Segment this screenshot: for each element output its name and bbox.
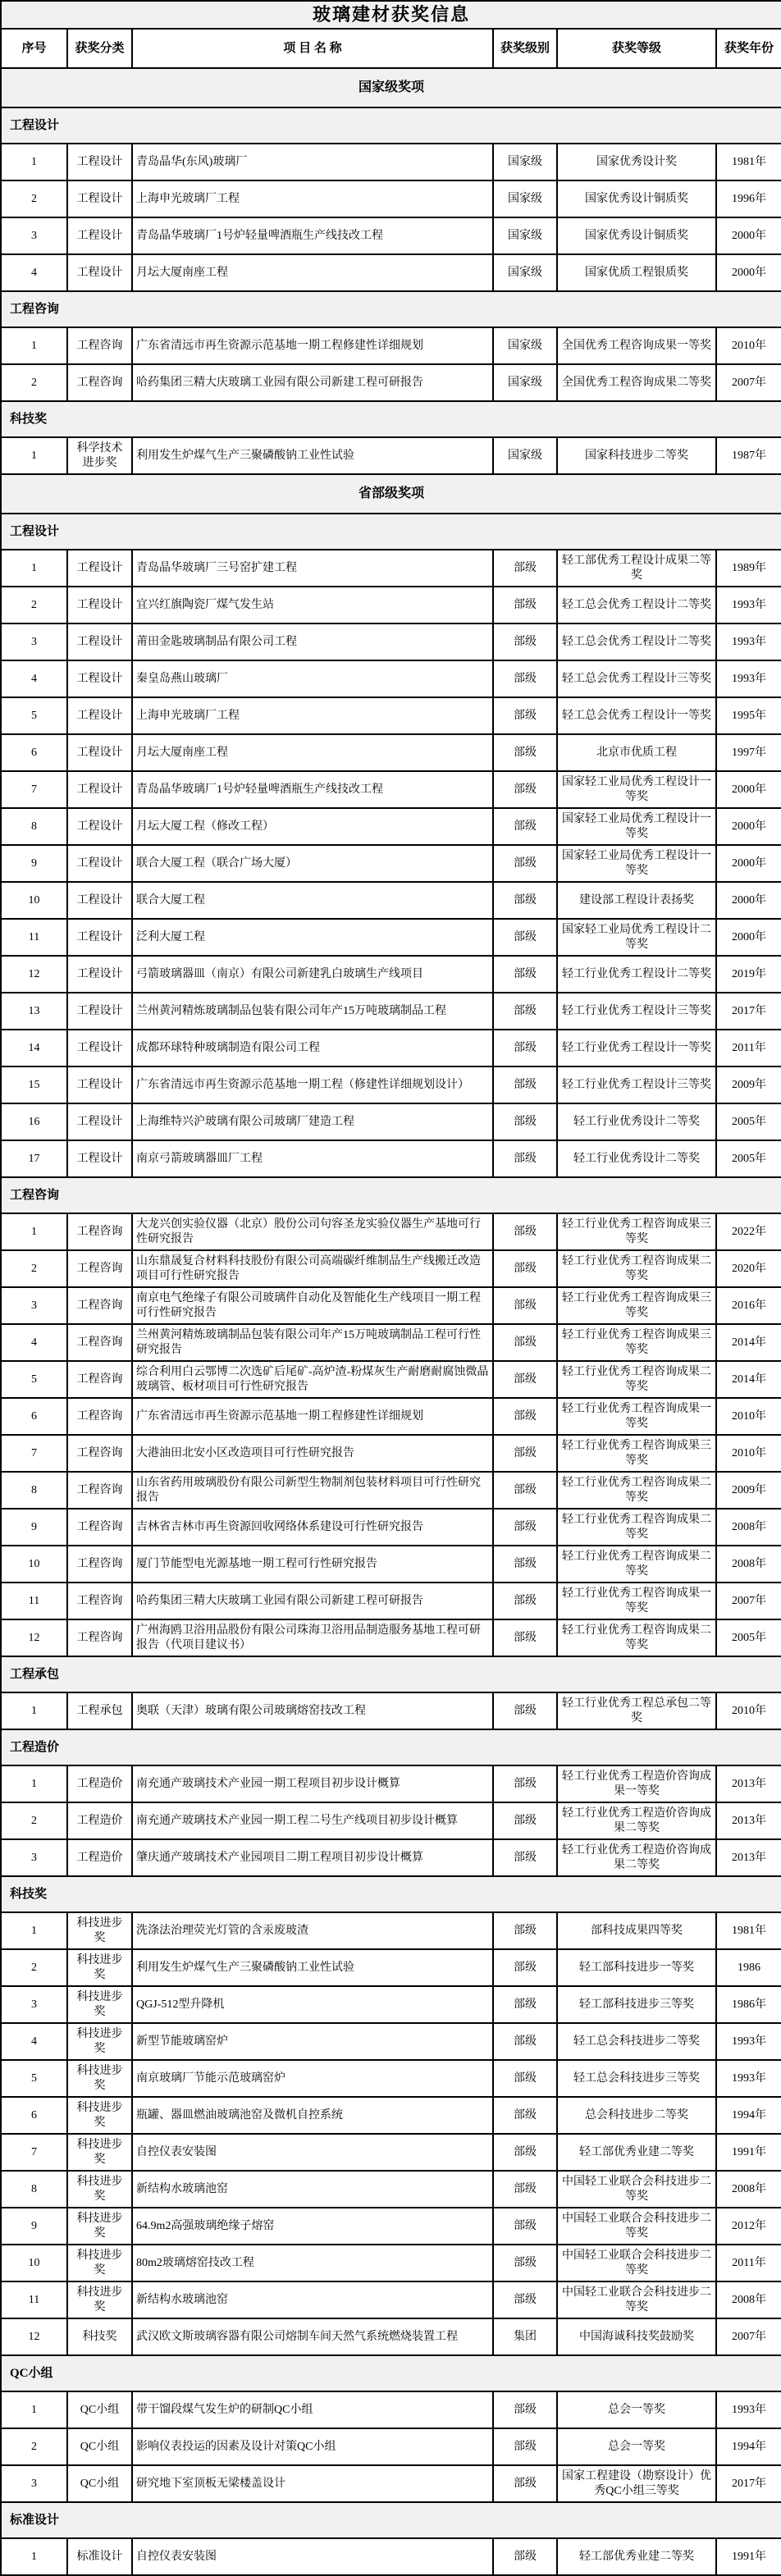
project-cell: 影响仪表投运的因素及设计对策QC小组 <box>132 2428 493 2465</box>
seq-cell: 12 <box>1 1619 67 1656</box>
project-cell: 肇庆通产玻璃技术产业园项目二期工程项目初步设计概算 <box>132 1839 493 1876</box>
project-cell: 武汉欧文斯玻璃容器有限公司熔制车间天然气系统燃烧装置工程 <box>132 2318 493 2355</box>
project-cell: 哈药集团三精大庆玻璃工业园有限公司新建工程可研报告 <box>132 364 493 401</box>
year-cell: 2014年 <box>716 1361 781 1398</box>
seq-cell: 1 <box>1 1912 67 1949</box>
grade-cell: 轻工行业优秀工程造价咨询成果一等奖 <box>557 1765 716 1802</box>
grade-cell: 轻工行业优秀设计二等奖 <box>557 1140 716 1177</box>
group-heading: 工程设计 <box>1 107 781 144</box>
table-row: 5科技进步奖南京玻璃厂节能示范玻璃窑炉部级轻工总会科技进步三等奖1993年 <box>1 2060 781 2097</box>
table-row: 3工程咨询南京电气绝缘子有限公司玻璃件自动化及智能化生产线项目一期工程可行性研究… <box>1 1287 781 1324</box>
year-cell: 1993年 <box>716 2023 781 2060</box>
grade-cell: 轻工行业优秀工程咨询成果二等奖 <box>557 1546 716 1583</box>
level-cell: 部级 <box>493 1066 557 1103</box>
project-cell: 青岛晶华玻璃厂1号炉轻量啤酒瓶生产线技改工程 <box>132 217 493 254</box>
table-row: 2工程造价南充通产玻璃技术产业园一期工程二号生产线项目初步设计概算部级轻工行业优… <box>1 1802 781 1839</box>
project-cell: 南京玻璃厂节能示范玻璃窑炉 <box>132 2060 493 2097</box>
project-cell: 上海申光玻璃厂工程 <box>132 697 493 734</box>
project-cell: 新型节能玻璃窑炉 <box>132 2023 493 2060</box>
level-cell: 部级 <box>493 1839 557 1876</box>
year-cell: 2010年 <box>716 1435 781 1472</box>
table-row: 11工程设计泛利大厦工程部级国家轻工业局优秀工程设计二等奖2000年 <box>1 919 781 956</box>
title-row: 玻璃建材获奖信息 <box>1 1 781 29</box>
seq-cell: 6 <box>1 734 67 771</box>
seq-cell: 5 <box>1 697 67 734</box>
category-cell: 科技进步奖 <box>67 1986 132 2023</box>
project-cell: 研究地下室顶板无梁楼盖设计 <box>132 2465 493 2502</box>
grade-cell: 国家科技进步二等奖 <box>557 437 716 474</box>
year-cell: 2020年 <box>716 1250 781 1287</box>
year-cell: 1994年 <box>716 2097 781 2134</box>
grade-cell: 国家轻工业局优秀工程设计二等奖 <box>557 919 716 956</box>
level-cell: 部级 <box>493 623 557 660</box>
year-cell: 1993年 <box>716 587 781 623</box>
category-cell: 科技奖 <box>67 2318 132 2355</box>
seq-cell: 2 <box>1 364 67 401</box>
year-cell: 2007年 <box>716 364 781 401</box>
table-row: 13工程设计兰州黄河精炼玻璃制品包装有限公司年产15万吨玻璃制品工程部级轻工行业… <box>1 993 781 1030</box>
project-cell: 广东省清远市再生资源示范基地一期工程修建性详细规划 <box>132 1398 493 1435</box>
project-cell: 泛利大厦工程 <box>132 919 493 956</box>
year-cell: 2013年 <box>716 1765 781 1802</box>
grade-cell: 轻工行业优秀工程咨询成果二等奖 <box>557 1509 716 1546</box>
seq-cell: 3 <box>1 2465 67 2502</box>
category-cell: 标准设计 <box>67 2538 132 2575</box>
table-row: 10科技进步奖80m2玻璃熔窑技改工程部级中国轻工业联合会科技进步二等奖2011… <box>1 2245 781 2281</box>
level-cell: 部级 <box>493 1583 557 1619</box>
table-row: 12工程咨询广州海鸥卫浴用品股份有限公司珠海卫浴用品制造服务基地工程可研报告（代… <box>1 1619 781 1656</box>
group-heading: QC小组 <box>1 2355 781 2391</box>
level-cell: 部级 <box>493 1509 557 1546</box>
column-header-year: 获奖年份 <box>716 29 781 68</box>
level-cell: 国家级 <box>493 144 557 180</box>
grade-cell: 中国轻工业联合会科技进步二等奖 <box>557 2171 716 2208</box>
year-cell: 2008年 <box>716 1546 781 1583</box>
table-row: 4工程设计秦皇岛燕山玻璃厂部级轻工总会优秀工程设计三等奖1993年 <box>1 660 781 697</box>
category-cell: QC小组 <box>67 2428 132 2465</box>
seq-cell: 4 <box>1 660 67 697</box>
column-header-grade: 获奖等级 <box>557 29 716 68</box>
category-cell: 工程造价 <box>67 1765 132 1802</box>
category-cell: 工程咨询 <box>67 1472 132 1509</box>
table-row: 3工程造价肇庆通产玻璃技术产业园项目二期工程项目初步设计概算部级轻工行业优秀工程… <box>1 1839 781 1876</box>
table-row: 3QC小组研究地下室顶板无梁楼盖设计部级国家工程建设（勘察设计）优秀QC小组三等… <box>1 2465 781 2502</box>
seq-cell: 2 <box>1 1802 67 1839</box>
seq-cell: 1 <box>1 437 67 474</box>
project-cell: 南充通产玻璃技术产业园一期工程项目初步设计概算 <box>132 1765 493 1802</box>
seq-cell: 6 <box>1 2097 67 2134</box>
project-cell: 洗涤法治理荧光灯管的含汞废玻渣 <box>132 1912 493 1949</box>
seq-cell: 15 <box>1 1066 67 1103</box>
grade-cell: 国家轻工业局优秀工程设计一等奖 <box>557 845 716 882</box>
category-cell: 工程设计 <box>67 845 132 882</box>
year-cell: 1993年 <box>716 660 781 697</box>
level-cell: 部级 <box>493 697 557 734</box>
level-cell: 部级 <box>493 2134 557 2171</box>
level-cell: 部级 <box>493 1361 557 1398</box>
level-cell: 国家级 <box>493 254 557 291</box>
project-cell: 上海维特兴沪玻璃有限公司玻璃厂建造工程 <box>132 1103 493 1140</box>
seq-cell: 16 <box>1 1103 67 1140</box>
group-heading: 工程咨询 <box>1 1177 781 1213</box>
year-cell: 2000年 <box>716 919 781 956</box>
year-cell: 2009年 <box>716 1472 781 1509</box>
table-row: 9工程设计联合大厦工程（联合广场大厦）部级国家轻工业局优秀工程设计一等奖2000… <box>1 845 781 882</box>
grade-cell: 轻工部优秀业建二等奖 <box>557 2134 716 2171</box>
category-cell: 工程咨询 <box>67 1287 132 1324</box>
year-cell: 1993年 <box>716 623 781 660</box>
grade-cell: 轻工行业优秀工程造价咨询成果二等奖 <box>557 1839 716 1876</box>
category-cell: 工程咨询 <box>67 1324 132 1361</box>
category-cell: 工程造价 <box>67 1802 132 1839</box>
level-cell: 部级 <box>493 1472 557 1509</box>
year-cell: 1993年 <box>716 2060 781 2097</box>
grade-cell: 国家优秀设计铜质奖 <box>557 180 716 217</box>
table-row: 10工程设计联合大厦工程部级建设部工程设计表扬奖2000年 <box>1 882 781 919</box>
group-heading: 工程造价 <box>1 1729 781 1765</box>
category-cell: 科技进步奖 <box>67 2023 132 2060</box>
project-cell: 广州海鸥卫浴用品股份有限公司珠海卫浴用品制造服务基地工程可研报告（代项目建议书） <box>132 1619 493 1656</box>
table-row: 4工程咨询兰州黄河精炼玻璃制品包装有限公司年产15万吨玻璃制品工程可行性研究报告… <box>1 1324 781 1361</box>
table-row: 1工程咨询大龙兴创实验仪器（北京）股份公司句容圣龙实验仪器生产基地可行性研究报告… <box>1 1213 781 1250</box>
seq-cell: 4 <box>1 254 67 291</box>
year-cell: 2013年 <box>716 1839 781 1876</box>
project-cell: 利用发生炉煤气生产三聚磷酸钠工业性试验 <box>132 437 493 474</box>
seq-cell: 3 <box>1 1287 67 1324</box>
seq-cell: 3 <box>1 623 67 660</box>
section-heading-row: 国家级奖项 <box>1 68 781 107</box>
level-cell: 部级 <box>493 1949 557 1986</box>
table-row: 1标准设计自控仪表安装图部级轻工部优秀业建二等奖1991年 <box>1 2538 781 2575</box>
category-cell: 工程设计 <box>67 660 132 697</box>
group-heading-row: 工程咨询 <box>1 1177 781 1213</box>
column-header-row: 序号 获奖分类 项 目 名 称 获奖级别 获奖等级 获奖年份 <box>1 29 781 68</box>
table-row: 2工程咨询哈药集团三精大庆玻璃工业园有限公司新建工程可研报告国家级全国优秀工程咨… <box>1 364 781 401</box>
project-cell: 弓箭玻璃器皿（南京）有限公司新建乳白玻璃生产线项目 <box>132 956 493 993</box>
project-cell: 联合大厦工程 <box>132 882 493 919</box>
grade-cell: 全国优秀工程咨询成果二等奖 <box>557 364 716 401</box>
grade-cell: 轻工总会科技进步三等奖 <box>557 2060 716 2097</box>
seq-cell: 7 <box>1 771 67 808</box>
group-heading: 标准设计 <box>1 2502 781 2538</box>
seq-cell: 2 <box>1 2428 67 2465</box>
category-cell: 工程设计 <box>67 882 132 919</box>
year-cell: 1989年 <box>716 550 781 587</box>
project-cell: 南京电气绝缘子有限公司玻璃件自动化及智能化生产线项目一期工程可行性研究报告 <box>132 1287 493 1324</box>
category-cell: 工程咨询 <box>67 1546 132 1583</box>
seq-cell: 5 <box>1 1361 67 1398</box>
table-row: 4工程设计月坛大厦南座工程国家级国家优质工程银质奖2000年 <box>1 254 781 291</box>
project-cell: 南充通产玻璃技术产业园一期工程二号生产线项目初步设计概算 <box>132 1802 493 1839</box>
grade-cell: 轻工行业优秀工程设计三等奖 <box>557 993 716 1030</box>
category-cell: 工程设计 <box>67 550 132 587</box>
table-row: 2工程设计上海申光玻璃厂工程国家级国家优秀设计铜质奖1996年 <box>1 180 781 217</box>
table-row: 11科技进步奖新结构水玻璃池窑部级中国轻工业联合会科技进步二等奖2008年 <box>1 2281 781 2318</box>
grade-cell: 轻工总会优秀工程设计一等奖 <box>557 697 716 734</box>
seq-cell: 12 <box>1 2318 67 2355</box>
category-cell: 工程咨询 <box>67 1250 132 1287</box>
grade-cell: 轻工总会优秀工程设计二等奖 <box>557 623 716 660</box>
grade-cell: 轻工部优秀工程设计成果二等奖 <box>557 550 716 587</box>
category-cell: 工程设计 <box>67 993 132 1030</box>
group-heading: 科技奖 <box>1 1876 781 1912</box>
level-cell: 部级 <box>493 1103 557 1140</box>
grade-cell: 轻工行业优秀工程咨询成果二等奖 <box>557 1361 716 1398</box>
table-row: 1工程造价南充通产玻璃技术产业园一期工程项目初步设计概算部级轻工行业优秀工程造价… <box>1 1765 781 1802</box>
level-cell: 部级 <box>493 882 557 919</box>
category-cell: 工程设计 <box>67 1103 132 1140</box>
project-cell: 新结构水玻璃池窑 <box>132 2171 493 2208</box>
project-cell: 青岛晶华玻璃厂三号窑扩建工程 <box>132 550 493 587</box>
seq-cell: 13 <box>1 993 67 1030</box>
group-heading: 科技奖 <box>1 401 781 437</box>
seq-cell: 2 <box>1 587 67 623</box>
table-row: 2科技进步奖利用发生炉煤气生产三聚磷酸钠工业性试验部级轻工部科技进步一等奖198… <box>1 1949 781 1986</box>
year-cell: 2011年 <box>716 1030 781 1066</box>
level-cell: 部级 <box>493 956 557 993</box>
table-row: 7工程咨询大港油田北安小区改造项目可行性研究报告部级轻工行业优秀工程咨询成果三等… <box>1 1435 781 1472</box>
table-row: 1科学技术进步奖利用发生炉煤气生产三聚磷酸钠工业性试验国家级国家科技进步二等奖1… <box>1 437 781 474</box>
category-cell: 工程承包 <box>67 1692 132 1729</box>
level-cell: 部级 <box>493 1213 557 1250</box>
seq-cell: 7 <box>1 2134 67 2171</box>
group-heading: 工程承包 <box>1 1656 781 1692</box>
level-cell: 国家级 <box>493 364 557 401</box>
column-header-project: 项 目 名 称 <box>132 29 493 68</box>
table-row: 1工程设计青岛晶华(东风)玻璃厂国家级国家优秀设计奖1981年 <box>1 144 781 180</box>
grade-cell: 轻工总会优秀工程设计三等奖 <box>557 660 716 697</box>
level-cell: 部级 <box>493 1324 557 1361</box>
seq-cell: 9 <box>1 1509 67 1546</box>
seq-cell: 11 <box>1 2281 67 2318</box>
table-row: 6工程设计月坛大厦南座工程部级北京市优质工程1997年 <box>1 734 781 771</box>
table-row: 5工程设计上海申光玻璃厂工程部级轻工总会优秀工程设计一等奖1995年 <box>1 697 781 734</box>
project-cell: 80m2玻璃熔窑技改工程 <box>132 2245 493 2281</box>
seq-cell: 11 <box>1 919 67 956</box>
table-row: 7科技进步奖自控仪表安装图部级轻工部优秀业建二等奖1991年 <box>1 2134 781 2171</box>
level-cell: 部级 <box>493 1765 557 1802</box>
project-cell: 自控仪表安装图 <box>132 2538 493 2575</box>
project-cell: QGJ-512型升降机 <box>132 1986 493 2023</box>
seq-cell: 8 <box>1 808 67 845</box>
project-cell: 兰州黄河精炼玻璃制品包装有限公司年产15万吨玻璃制品工程可行性研究报告 <box>132 1324 493 1361</box>
year-cell: 2017年 <box>716 2465 781 2502</box>
project-cell: 月坛大厦工程（修改工程） <box>132 808 493 845</box>
category-cell: 工程设计 <box>67 623 132 660</box>
grade-cell: 中国轻工业联合会科技进步二等奖 <box>557 2281 716 2318</box>
project-cell: 自控仪表安装图 <box>132 2134 493 2171</box>
project-cell: 大港油田北安小区改造项目可行性研究报告 <box>132 1435 493 1472</box>
table-row: 2工程咨询山东鼎晟复合材料科技股份有限公司高端碳纤维制品生产线搬迁改造项目可行性… <box>1 1250 781 1287</box>
group-heading-row: 工程设计 <box>1 514 781 550</box>
year-cell: 2019年 <box>716 956 781 993</box>
seq-cell: 14 <box>1 1030 67 1066</box>
grade-cell: 轻工行业优秀工程咨询成果一等奖 <box>557 1583 716 1619</box>
category-cell: 科技进步奖 <box>67 1912 132 1949</box>
level-cell: 部级 <box>493 2208 557 2245</box>
category-cell: 科技进步奖 <box>67 2208 132 2245</box>
group-heading-row: QC小组 <box>1 2355 781 2391</box>
section-heading-row: 省部级奖项 <box>1 474 781 514</box>
table-row: 2QC小组影响仪表投运的因素及设计对策QC小组部级总会一等奖1994年 <box>1 2428 781 2465</box>
grade-cell: 轻工行业优秀工程咨询成果二等奖 <box>557 1619 716 1656</box>
category-cell: QC小组 <box>67 2465 132 2502</box>
level-cell: 部级 <box>493 1802 557 1839</box>
year-cell: 1981年 <box>716 1912 781 1949</box>
project-cell: 秦皇岛燕山玻璃厂 <box>132 660 493 697</box>
level-cell: 部级 <box>493 2023 557 2060</box>
seq-cell: 12 <box>1 956 67 993</box>
year-cell: 1993年 <box>716 2391 781 2428</box>
table-row: 9工程咨询吉林省吉林市再生资源回收网络体系建设可行性研究报告部级轻工行业优秀工程… <box>1 1509 781 1546</box>
grade-cell: 轻工部优秀业建二等奖 <box>557 2538 716 2575</box>
table-row: 1工程承包奥联（天津）玻璃有限公司玻璃熔窑技改工程部级轻工行业优秀工程总承包二等… <box>1 1692 781 1729</box>
level-cell: 部级 <box>493 587 557 623</box>
seq-cell: 1 <box>1 1765 67 1802</box>
seq-cell: 2 <box>1 1949 67 1986</box>
year-cell: 1991年 <box>716 2538 781 2575</box>
grade-cell: 建设部工程设计表扬奖 <box>557 882 716 919</box>
award-table: 玻璃建材获奖信息 序号 获奖分类 项 目 名 称 获奖级别 获奖等级 获奖年份 … <box>0 0 781 2576</box>
table-row: 1工程设计青岛晶华玻璃厂三号窑扩建工程部级轻工部优秀工程设计成果二等奖1989年 <box>1 550 781 587</box>
project-cell: 月坛大厦南座工程 <box>132 254 493 291</box>
category-cell: 工程设计 <box>67 1030 132 1066</box>
category-cell: 工程设计 <box>67 1066 132 1103</box>
table-row: 2工程设计宜兴红旗陶瓷厂煤气发生站部级轻工总会优秀工程设计二等奖1993年 <box>1 587 781 623</box>
year-cell: 2007年 <box>716 2318 781 2355</box>
year-cell: 1994年 <box>716 2428 781 2465</box>
project-cell: 利用发生炉煤气生产三聚磷酸钠工业性试验 <box>132 1949 493 1986</box>
category-cell: 科技进步奖 <box>67 2097 132 2134</box>
group-heading-row: 科技奖 <box>1 1876 781 1912</box>
grade-cell: 轻工行业优秀工程咨询成果三等奖 <box>557 1287 716 1324</box>
seq-cell: 1 <box>1 2538 67 2575</box>
project-cell: 大龙兴创实验仪器（北京）股份公司句容圣龙实验仪器生产基地可行性研究报告 <box>132 1213 493 1250</box>
year-cell: 2016年 <box>716 1287 781 1324</box>
project-cell: 莆田金匙玻璃制品有限公司工程 <box>132 623 493 660</box>
seq-cell: 17 <box>1 1140 67 1177</box>
grade-cell: 轻工总会优秀工程设计二等奖 <box>557 587 716 623</box>
table-row: 6工程咨询广东省清远市再生资源示范基地一期工程修建性详细规划部级轻工行业优秀工程… <box>1 1398 781 1435</box>
grade-cell: 国家轻工业局优秀工程设计一等奖 <box>557 808 716 845</box>
project-cell: 综合利用白云鄂博二次选矿后尾矿-高炉渣-粉煤灰生产耐磨耐腐蚀微晶玻璃管、板材项目… <box>132 1361 493 1398</box>
project-cell: 联合大厦工程（联合广场大厦） <box>132 845 493 882</box>
project-cell: 宜兴红旗陶瓷厂煤气发生站 <box>132 587 493 623</box>
year-cell: 2010年 <box>716 1692 781 1729</box>
category-cell: 工程咨询 <box>67 1619 132 1656</box>
category-cell: 工程设计 <box>67 254 132 291</box>
seq-cell: 1 <box>1 1213 67 1250</box>
seq-cell: 6 <box>1 1398 67 1435</box>
grade-cell: 国家工程建设（勘察设计）优秀QC小组三等奖 <box>557 2465 716 2502</box>
seq-cell: 1 <box>1 550 67 587</box>
table-row: 16工程设计上海维特兴沪玻璃有限公司玻璃厂建造工程部级轻工行业优秀设计二等奖20… <box>1 1103 781 1140</box>
category-cell: 科技进步奖 <box>67 2281 132 2318</box>
section-heading: 国家级奖项 <box>1 68 781 107</box>
grade-cell: 中国轻工业联合会科技进步二等奖 <box>557 2245 716 2281</box>
seq-cell: 1 <box>1 2391 67 2428</box>
table-row: 12工程设计弓箭玻璃器皿（南京）有限公司新建乳白玻璃生产线项目部级轻工行业优秀工… <box>1 956 781 993</box>
level-cell: 部级 <box>493 2171 557 2208</box>
level-cell: 集团 <box>493 2318 557 2355</box>
category-cell: 工程设计 <box>67 1140 132 1177</box>
grade-cell: 国家优质工程银质奖 <box>557 254 716 291</box>
year-cell: 2005年 <box>716 1140 781 1177</box>
level-cell: 部级 <box>493 993 557 1030</box>
table-row: 5工程咨询综合利用白云鄂博二次选矿后尾矿-高炉渣-粉煤灰生产耐磨耐腐蚀微晶玻璃管… <box>1 1361 781 1398</box>
level-cell: 国家级 <box>493 217 557 254</box>
year-cell: 2000年 <box>716 845 781 882</box>
level-cell: 部级 <box>493 2465 557 2502</box>
category-cell: QC小组 <box>67 2391 132 2428</box>
year-cell: 1981年 <box>716 144 781 180</box>
year-cell: 2009年 <box>716 1066 781 1103</box>
category-cell: 工程咨询 <box>67 1509 132 1546</box>
year-cell: 2012年 <box>716 2208 781 2245</box>
table-row: 3工程设计青岛晶华玻璃厂1号炉轻量啤酒瓶生产线技改工程国家级国家优秀设计铜质奖2… <box>1 217 781 254</box>
table-row: 3科技进步奖QGJ-512型升降机部级轻工部科技进步三等奖1986年 <box>1 1986 781 2023</box>
seq-cell: 5 <box>1 2060 67 2097</box>
grade-cell: 轻工行业优秀工程咨询成果一等奖 <box>557 1398 716 1435</box>
project-cell: 月坛大厦南座工程 <box>132 734 493 771</box>
table-row: 3工程设计莆田金匙玻璃制品有限公司工程部级轻工总会优秀工程设计二等奖1993年 <box>1 623 781 660</box>
category-cell: 工程设计 <box>67 144 132 180</box>
category-cell: 科学技术进步奖 <box>67 437 132 474</box>
table-row: 10工程咨询厦门节能型电光源基地一期工程可行性研究报告部级轻工行业优秀工程咨询成… <box>1 1546 781 1583</box>
group-heading-row: 科技奖 <box>1 401 781 437</box>
table-row: 4科技进步奖新型节能玻璃窑炉部级轻工总会科技进步二等奖1993年 <box>1 2023 781 2060</box>
grade-cell: 总会科技进步二等奖 <box>557 2097 716 2134</box>
year-cell: 1986 <box>716 1949 781 1986</box>
seq-cell: 8 <box>1 2171 67 2208</box>
level-cell: 部级 <box>493 2097 557 2134</box>
level-cell: 部级 <box>493 1912 557 1949</box>
grade-cell: 全国优秀工程咨询成果一等奖 <box>557 327 716 364</box>
level-cell: 部级 <box>493 1619 557 1656</box>
seq-cell: 8 <box>1 1472 67 1509</box>
grade-cell: 轻工行业优秀工程咨询成果三等奖 <box>557 1213 716 1250</box>
seq-cell: 1 <box>1 327 67 364</box>
level-cell: 部级 <box>493 1287 557 1324</box>
year-cell: 2000年 <box>716 217 781 254</box>
grade-cell: 总会一等奖 <box>557 2391 716 2428</box>
table-row: 11工程咨询哈药集团三精大庆玻璃工业园有限公司新建工程可研报告部级轻工行业优秀工… <box>1 1583 781 1619</box>
table-row: 15工程设计广东省清远市再生资源示范基地一期工程（修建性详细规划设计）部级轻工行… <box>1 1066 781 1103</box>
grade-cell: 总会一等奖 <box>557 2428 716 2465</box>
level-cell: 部级 <box>493 1692 557 1729</box>
grade-cell: 轻工行业优秀工程咨询成果三等奖 <box>557 1324 716 1361</box>
page-title: 玻璃建材获奖信息 <box>1 1 781 29</box>
project-cell: 兰州黄河精炼玻璃制品包装有限公司年产15万吨玻璃制品工程 <box>132 993 493 1030</box>
year-cell: 2011年 <box>716 2245 781 2281</box>
table-body: 国家级奖项工程设计1工程设计青岛晶华(东风)玻璃厂国家级国家优秀设计奖1981年… <box>1 68 781 2575</box>
seq-cell: 1 <box>1 1692 67 1729</box>
level-cell: 部级 <box>493 660 557 697</box>
level-cell: 部级 <box>493 550 557 587</box>
category-cell: 工程咨询 <box>67 1361 132 1398</box>
group-heading-row: 工程承包 <box>1 1656 781 1692</box>
level-cell: 国家级 <box>493 327 557 364</box>
group-heading-row: 工程设计 <box>1 107 781 144</box>
grade-cell: 国家优秀设计奖 <box>557 144 716 180</box>
project-cell: 广东省清远市再生资源示范基地一期工程修建性详细规划 <box>132 327 493 364</box>
grade-cell: 轻工行业优秀工程咨询成果二等奖 <box>557 1250 716 1287</box>
group-heading: 工程设计 <box>1 514 781 550</box>
column-header-seq: 序号 <box>1 29 67 68</box>
year-cell: 1996年 <box>716 180 781 217</box>
grade-cell: 轻工行业优秀工程造价咨询成果二等奖 <box>557 1802 716 1839</box>
level-cell: 部级 <box>493 1546 557 1583</box>
